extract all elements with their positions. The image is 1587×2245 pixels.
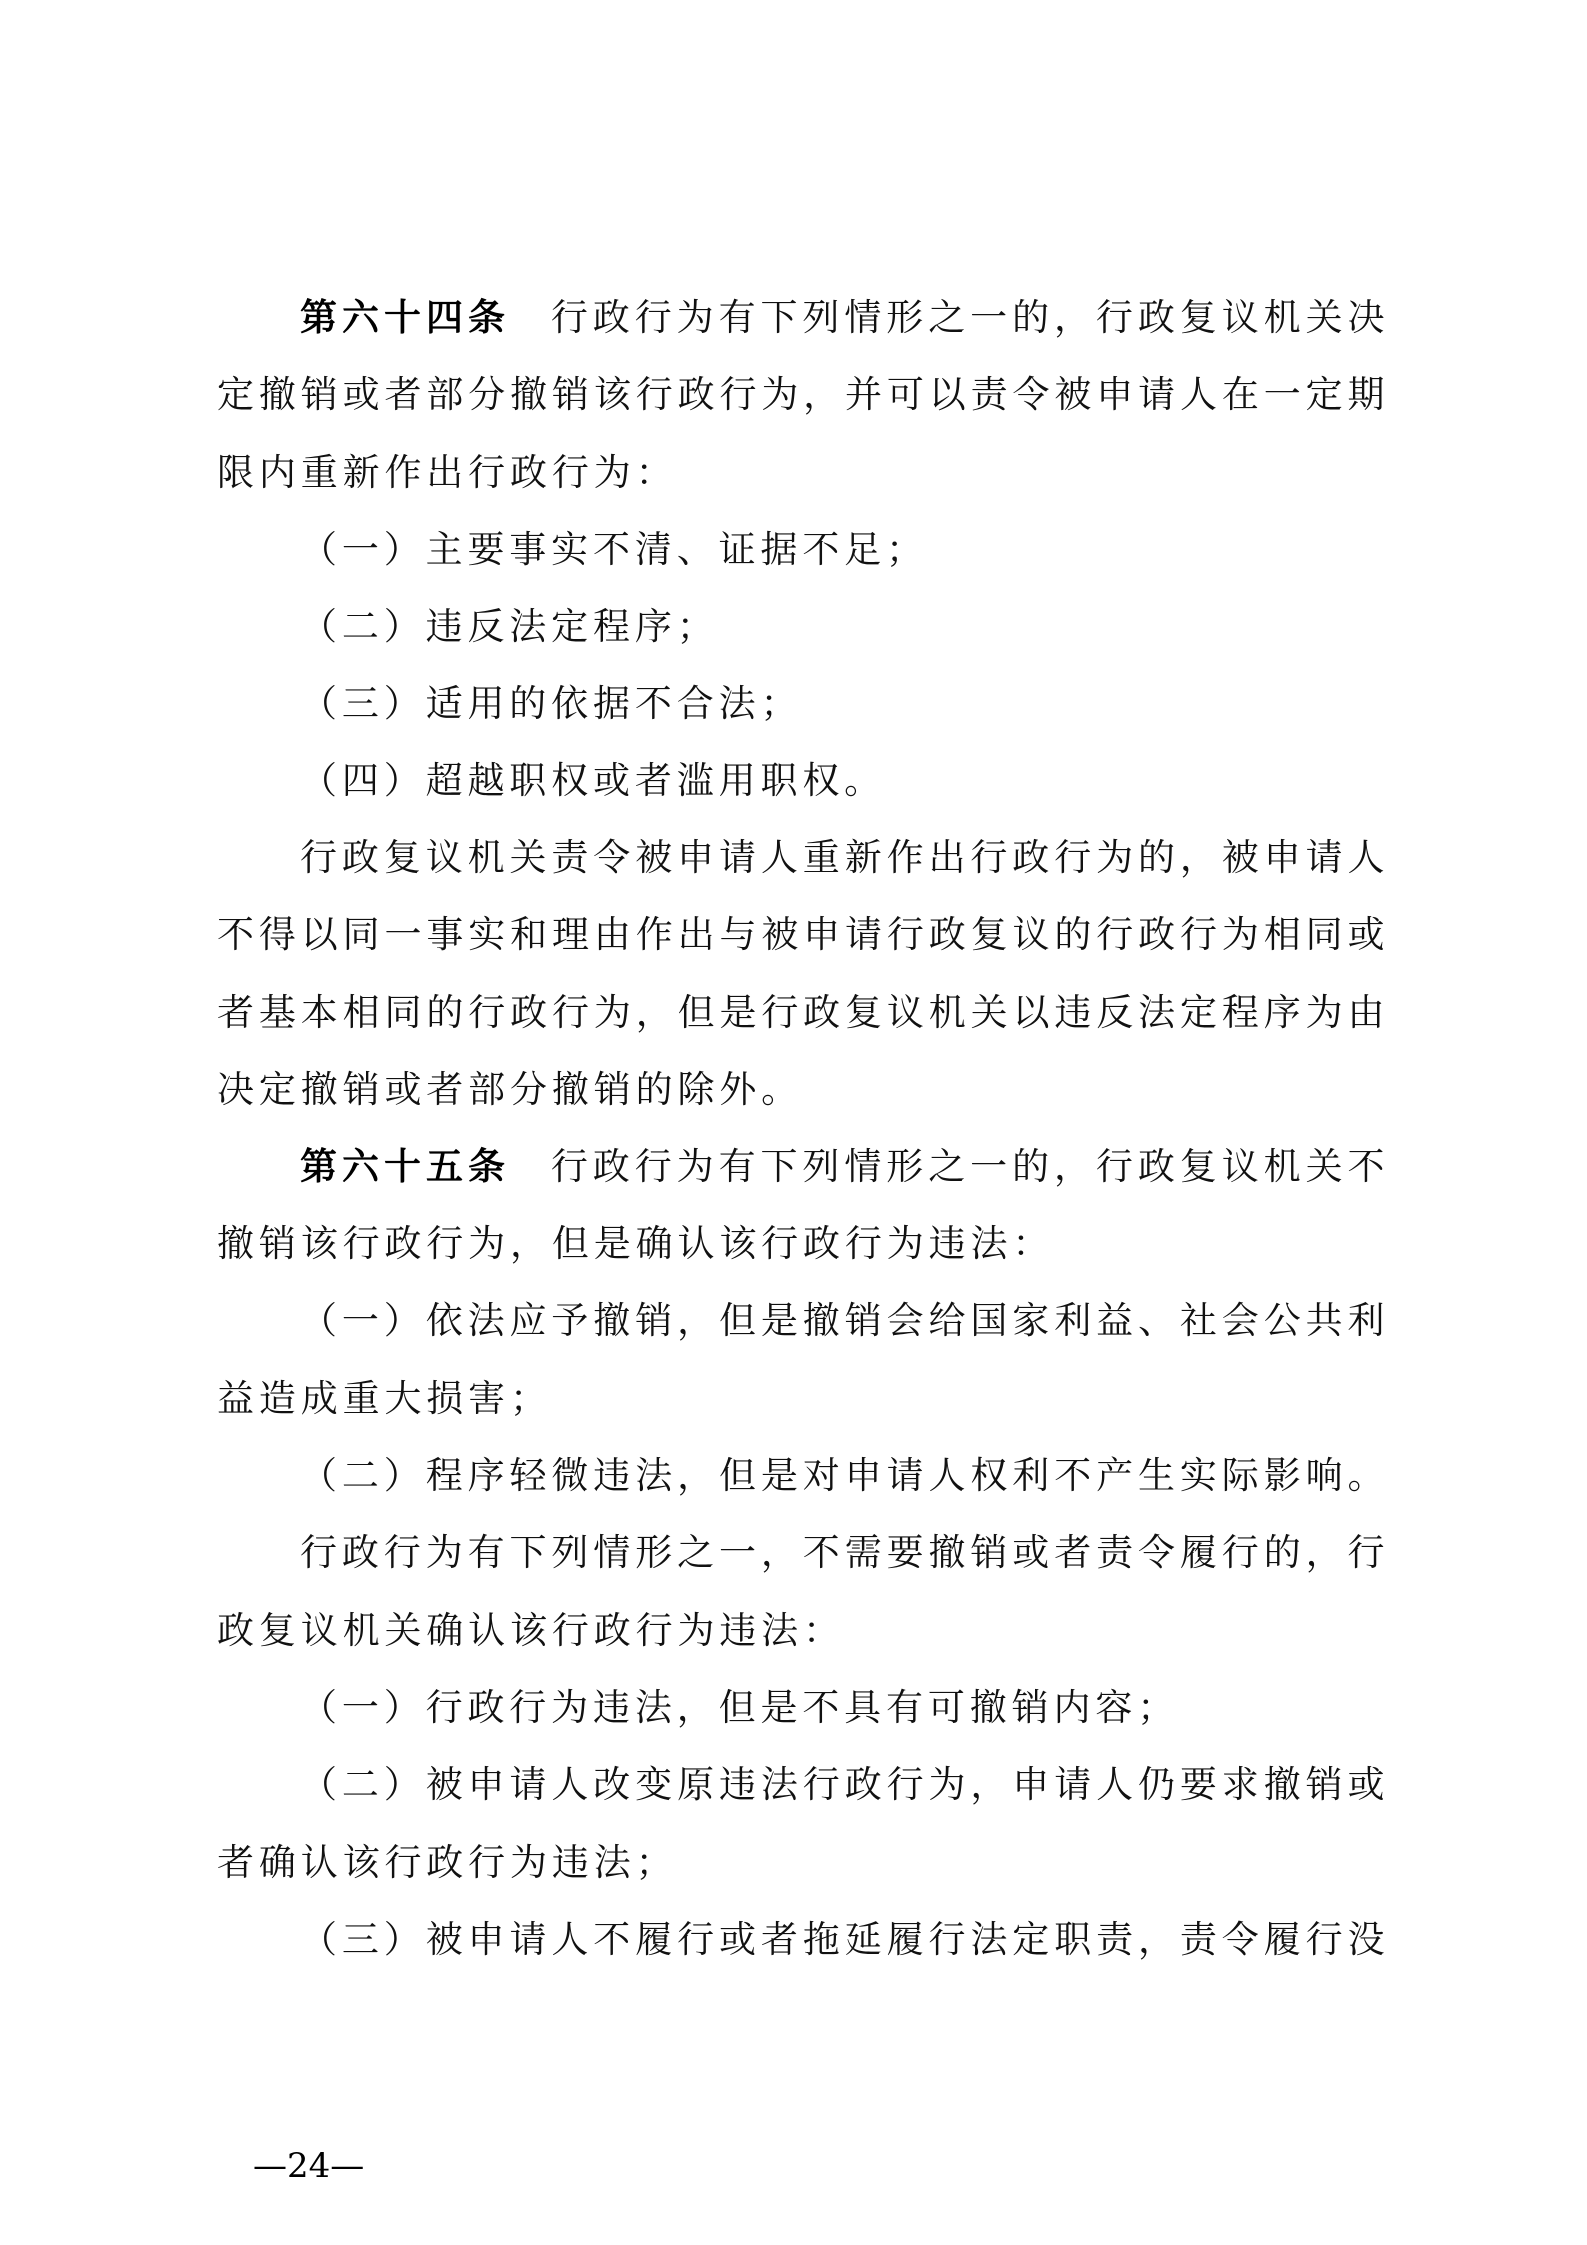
list-item-text: （二）被申请人改变原违法行政行为，申请人仍要求撤销或 (300, 1762, 1389, 1808)
article-64-item-4: （四）超越职权或者滥用职权。 (300, 758, 1389, 804)
article-64-para-2-line-1: 行政复议机关责令被申请人重新作出行政行为的，被申请人 (300, 835, 1389, 881)
article-65-item-1-line-2: 益造成重大损害； (217, 1376, 1389, 1422)
article-65-para-2-item-2-line-2: 者确认该行政行为违法； (217, 1840, 1389, 1886)
list-item-text: （三）适用的依据不合法； (300, 681, 802, 727)
article-65-para-2-item-2-line-1: （二）被申请人改变原违法行政行为，申请人仍要求撤销或 (300, 1762, 1389, 1808)
article-65-item-1-line-1: （一）依法应予撤销，但是撤销会给国家利益、社会公共利 (300, 1298, 1389, 1344)
article-64-line-1: 第六十四条 行政行为有下列情形之一的，行政复议机关决 (300, 295, 1389, 341)
article-65-line-2: 撤销该行政行为，但是确认该行政行为违法： (217, 1221, 1389, 1267)
article-64-line-2: 定撤销或者部分撤销该行政行为，并可以责令被申请人在一定期 (217, 372, 1389, 418)
article-heading: 第六十五条 (300, 1144, 509, 1190)
paragraph-text: 行政复议机关责令被申请人重新作出行政行为的，被申请人 (300, 835, 1389, 881)
paragraph-text: 行政行为有下列情形之一的，行政复议机关决 (551, 295, 1389, 341)
paragraph-text: 撤销该行政行为，但是确认该行政行为违法： (217, 1221, 1054, 1267)
document-page: 第六十四条 行政行为有下列情形之一的，行政复议机关决 定撤销或者部分撤销该行政行… (0, 0, 1587, 2245)
list-item-text: （四）超越职权或者滥用职权。 (300, 758, 886, 804)
list-item-text: （二）违反法定程序； (300, 604, 719, 650)
paragraph-text: 决定撤销或者部分撤销的除外。 (217, 1067, 803, 1113)
article-heading: 第六十四条 (300, 295, 509, 341)
list-item-text: （一）行政行为违法，但是不具有可撤销内容； (300, 1685, 1179, 1731)
paragraph-text: 行政行为有下列情形之一，不需要撤销或者责令履行的，行 (300, 1530, 1389, 1576)
list-item-text: （一）依法应予撤销，但是撤销会给国家利益、社会公共利 (300, 1298, 1389, 1344)
article-65-item-2: （二）程序轻微违法，但是对申请人权利不产生实际影响。 (300, 1453, 1389, 1499)
paragraph-text: 不得以同一事实和理由作出与被申请行政复议的行政行为相同或 (217, 912, 1389, 958)
article-65-line-1: 第六十五条 行政行为有下列情形之一的，行政复议机关不 (300, 1144, 1389, 1190)
paragraph-text: 政复议机关确认该行政行为违法： (217, 1608, 845, 1654)
article-65-para-2-item-1: （一）行政行为违法，但是不具有可撤销内容； (300, 1685, 1389, 1731)
article-65-para-2-line-2: 政复议机关确认该行政行为违法： (217, 1608, 1389, 1654)
article-64-item-3: （三）适用的依据不合法； (300, 681, 1389, 727)
list-item-text: 者确认该行政行为违法； (217, 1840, 677, 1886)
paragraph-text: 定撤销或者部分撤销该行政行为，并可以责令被申请人在一定期 (217, 372, 1389, 418)
article-64-para-2-line-4: 决定撤销或者部分撤销的除外。 (217, 1067, 1389, 1113)
article-64-item-2: （二）违反法定程序； (300, 604, 1389, 650)
list-item-text: （一）主要事实不清、证据不足； (300, 527, 928, 573)
article-64-item-1: （一）主要事实不清、证据不足； (300, 527, 1389, 573)
article-64-para-2-line-2: 不得以同一事实和理由作出与被申请行政复议的行政行为相同或 (217, 912, 1389, 958)
list-item-text: （二）程序轻微违法，但是对申请人权利不产生实际影响。 (300, 1453, 1389, 1499)
page-number: —24— (253, 2146, 364, 2186)
paragraph-text: 者基本相同的行政行为，但是行政复议机关以违反法定程序为由 (217, 990, 1389, 1036)
article-64-line-3: 限内重新作出行政行为： (217, 450, 1389, 496)
article-65-para-2-item-3-line-1: （三）被申请人不履行或者拖延履行法定职责，责令履行没 (300, 1917, 1389, 1963)
list-item-text: （三）被申请人不履行或者拖延履行法定职责，责令履行没 (300, 1917, 1389, 1963)
paragraph-text: 限内重新作出行政行为： (217, 450, 677, 496)
article-64-para-2-line-3: 者基本相同的行政行为，但是行政复议机关以违反法定程序为由 (217, 990, 1389, 1036)
article-65-para-2-line-1: 行政行为有下列情形之一，不需要撤销或者责令履行的，行 (300, 1530, 1389, 1576)
paragraph-text: 行政行为有下列情形之一的，行政复议机关不 (551, 1144, 1389, 1190)
list-item-text: 益造成重大损害； (217, 1376, 552, 1422)
